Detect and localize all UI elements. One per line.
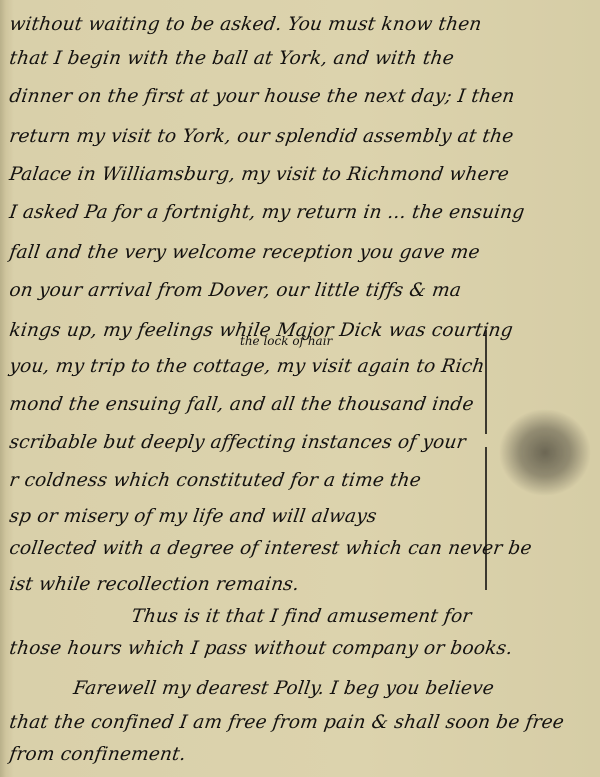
letter-line-8: on your arrival from Dover, our little t…: [8, 280, 463, 301]
interlineation: the lock of hair: [240, 334, 332, 348]
letter-line-16: ist while recollection remains.: [8, 574, 301, 595]
letter-line-7: fall and the very welcome reception you …: [8, 242, 481, 263]
letter-line-21: from confinement.: [8, 744, 187, 765]
letter-line-10: you, my trip to the cottage, my visit ag…: [8, 356, 486, 377]
ink-blot: [500, 410, 590, 495]
letter-line-17: Thus is it that I find amusement for: [130, 606, 473, 627]
letter-line-2: that I begin with the ball at York, and …: [8, 48, 455, 69]
letter-line-5: Palace in Williamsburg, my visit to Rich…: [8, 164, 510, 185]
letter-line-11: mond the ensuing fall, and all the thous…: [8, 394, 475, 415]
letter-page: without waiting to be asked. You must kn…: [0, 0, 600, 777]
letter-line-1: without waiting to be asked. You must kn…: [8, 14, 483, 35]
letter-line-18: those hours which I pass without company…: [8, 638, 514, 659]
letter-line-14: sp or misery of my life and will always: [8, 506, 378, 527]
letter-line-3: dinner on the first at your house the ne…: [8, 86, 516, 107]
letter-line-13: r coldness which constituted for a time …: [8, 470, 422, 491]
letter-line-12: scribable but deeply affecting instances…: [8, 432, 467, 453]
letter-line-4: return my visit to York, our splendid as…: [8, 126, 515, 147]
letter-line-19: Farewell my dearest Polly. I beg you bel…: [72, 678, 495, 699]
letter-line-20: that the confined I am free from pain & …: [8, 712, 565, 733]
letter-line-15: collected with a degree of interest whic…: [8, 538, 533, 559]
letter-line-6: I asked Pa for a fortnight, my return in…: [8, 202, 526, 223]
